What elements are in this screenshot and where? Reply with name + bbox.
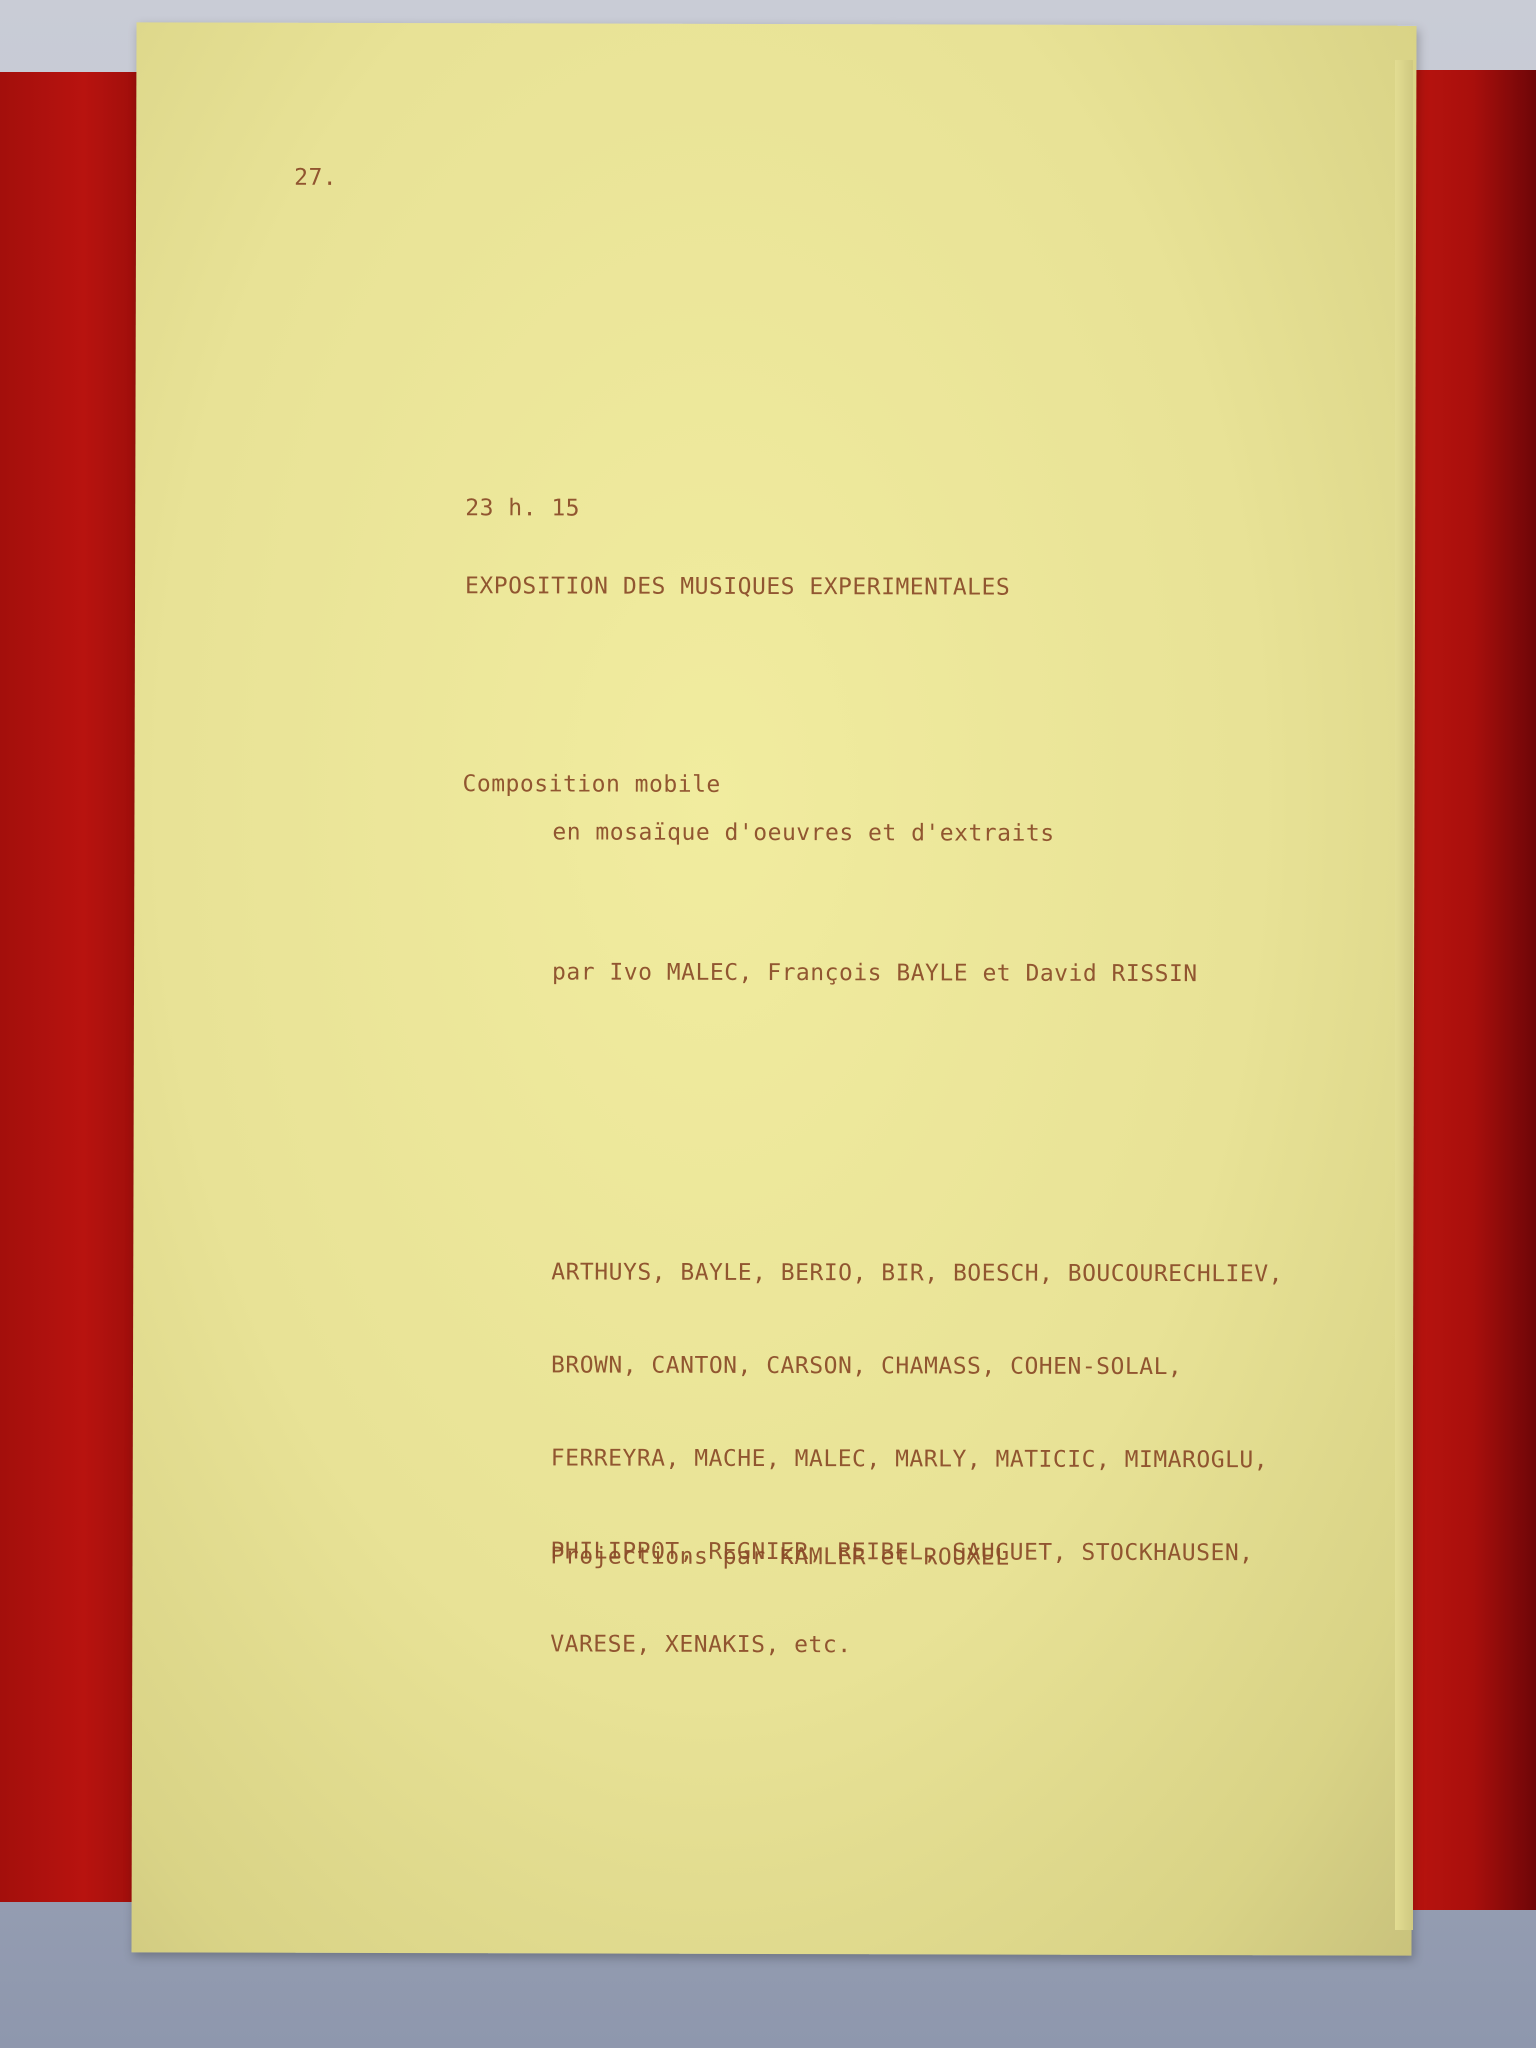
event-subtitle: Composition mobile	[463, 771, 721, 798]
composers-line: VARESE, XENAKIS, etc.	[550, 1629, 1282, 1662]
composers-line: ARTHUYS, BAYLE, BERIO, BIR, BOESCH, BOUC…	[551, 1257, 1283, 1290]
event-subtitle-detail: en mosaïque d'oeuvres et d'extraits	[552, 819, 1054, 846]
composers-line: FERREYRA, MACHE, MALEC, MARLY, MATICIC, …	[551, 1443, 1283, 1476]
paper-stack-edge	[1395, 60, 1413, 1930]
red-folder-right	[1410, 70, 1536, 1910]
typed-page: 27. 23 h. 15 EXPOSITION DES MUSIQUES EXP…	[131, 22, 1416, 1955]
page-number: 27.	[294, 165, 337, 191]
event-title: EXPOSITION DES MUSIQUES EXPERIMENTALES	[465, 573, 1010, 600]
event-time: 23 h. 15	[465, 495, 580, 521]
red-folder-left	[0, 72, 140, 1902]
composers-list: ARTHUYS, BAYLE, BERIO, BIR, BOESCH, BOUC…	[550, 1195, 1283, 1724]
authors-line: par Ivo MALEC, François BAYLE et David R…	[552, 959, 1198, 987]
projections-credit: Projections par KAMLER et ROUXEL	[550, 1543, 1009, 1570]
composers-line: BROWN, CANTON, CARSON, CHAMASS, COHEN-SO…	[551, 1350, 1283, 1383]
